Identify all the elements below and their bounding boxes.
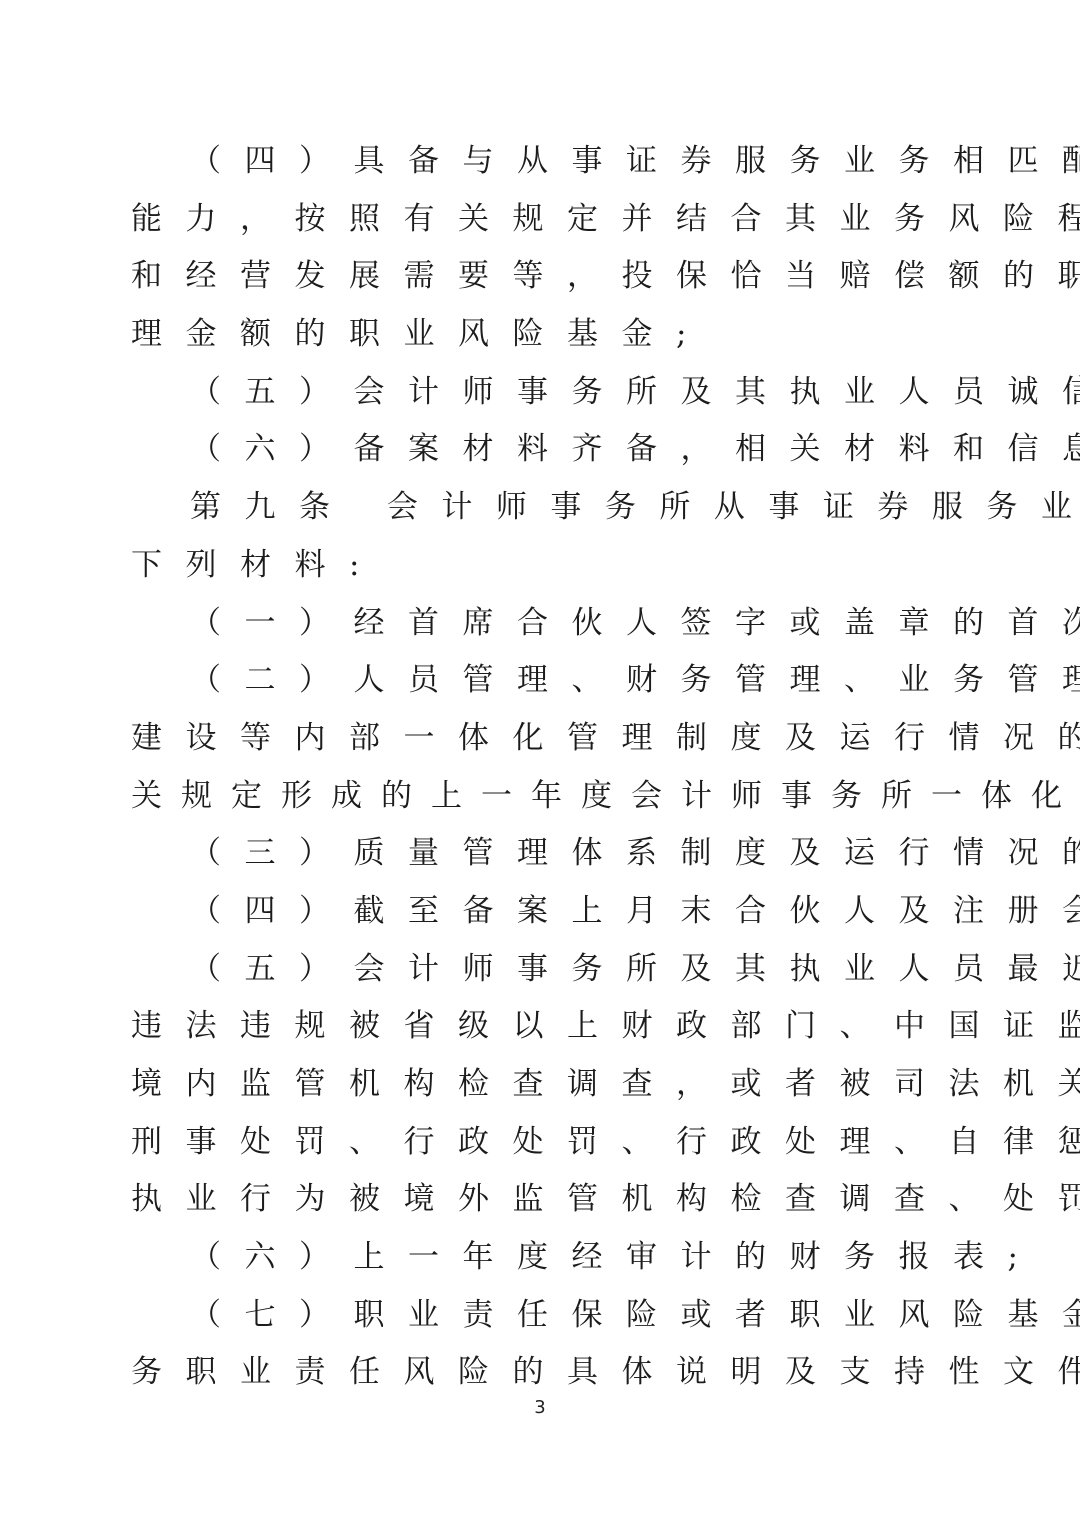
paragraph-item-4-line-3: 和经营发展需要等，投保恰当赔偿额的职业责任保险或者提取合 (131, 248, 961, 306)
paragraph-item-4-line-4: 理金额的职业风险基金; (131, 306, 961, 364)
article-9-item-5-line-1: （五）会计师事务所及其执业人员最近3年因执业行为涉嫌 (131, 941, 961, 999)
article-9-item-2-line-3: 关规定形成的上一年度会计师事务所一体化管理自评报告（附2）; (131, 768, 961, 826)
article-9-item-7-line-1: （七）职业责任保险或者职业风险基金能够匹配证券服务业 (131, 1287, 961, 1345)
article-9-item-7-line-2: 务职业责任风险的具体说明及支持性文件; (131, 1344, 961, 1402)
article-9-line-2: 下列材料: (131, 537, 961, 595)
article-9-item-2-line-1: （二）人员管理、财务管理、业务管理、技术标准和信息化 (131, 652, 961, 710)
article-9-item-4: （四）截至备案上月末合伙人及注册会计师情况表（附3）； (131, 883, 961, 941)
article-9-item-5-line-3: 境内监管机构检查调查，或者被司法机关侦查，因执业行为受到 (131, 1056, 961, 1114)
document-page: （四）具备与从事证券服务业务相匹配的职业责任风险承担 能力，按照有关规定并结合其… (131, 133, 961, 1402)
article-9-item-5-line-4: 刑事处罚、行政处罚、行政处理、自律惩戒、纪律处分，以及因 (131, 1114, 961, 1172)
paragraph-item-4-line-1: （四）具备与从事证券服务业务相匹配的职业责任风险承担 (131, 133, 961, 191)
article-9-item-1: （一）经首席合伙人签字或盖章的首次备案表（附1）； (131, 595, 961, 653)
paragraph-item-6: （六）备案材料齐备，相关材料和信息真实、准确、完整。 (131, 421, 961, 479)
paragraph-item-5: （五）会计师事务所及其执业人员诚信记录良好; (131, 364, 961, 422)
article-9-line-1: 第九条 会计师事务所从事证券服务业务，首次备案应当报送 (131, 479, 961, 537)
article-9-item-5-line-2: 违法违规被省级以上财政部门、中国证监会及其派出机构、其他 (131, 998, 961, 1056)
article-9-item-2-line-2: 建设等内部一体化管理制度及运行情况的具体说明，以及按照有 (131, 710, 961, 768)
paragraph-item-4-line-2: 能力，按照有关规定并结合其业务风险程度、自身风险管理能力 (131, 191, 961, 249)
article-9-item-5-line-5: 执业行为被境外监管机构检查调查、处罚处理的情况（附4）； (131, 1171, 961, 1229)
article-9-item-6: （六）上一年度经审计的财务报表; (131, 1229, 961, 1287)
page-number: 3 (0, 1397, 1080, 1418)
article-9-item-3: （三）质量管理体系制度及运行情况的具体说明; (131, 825, 961, 883)
